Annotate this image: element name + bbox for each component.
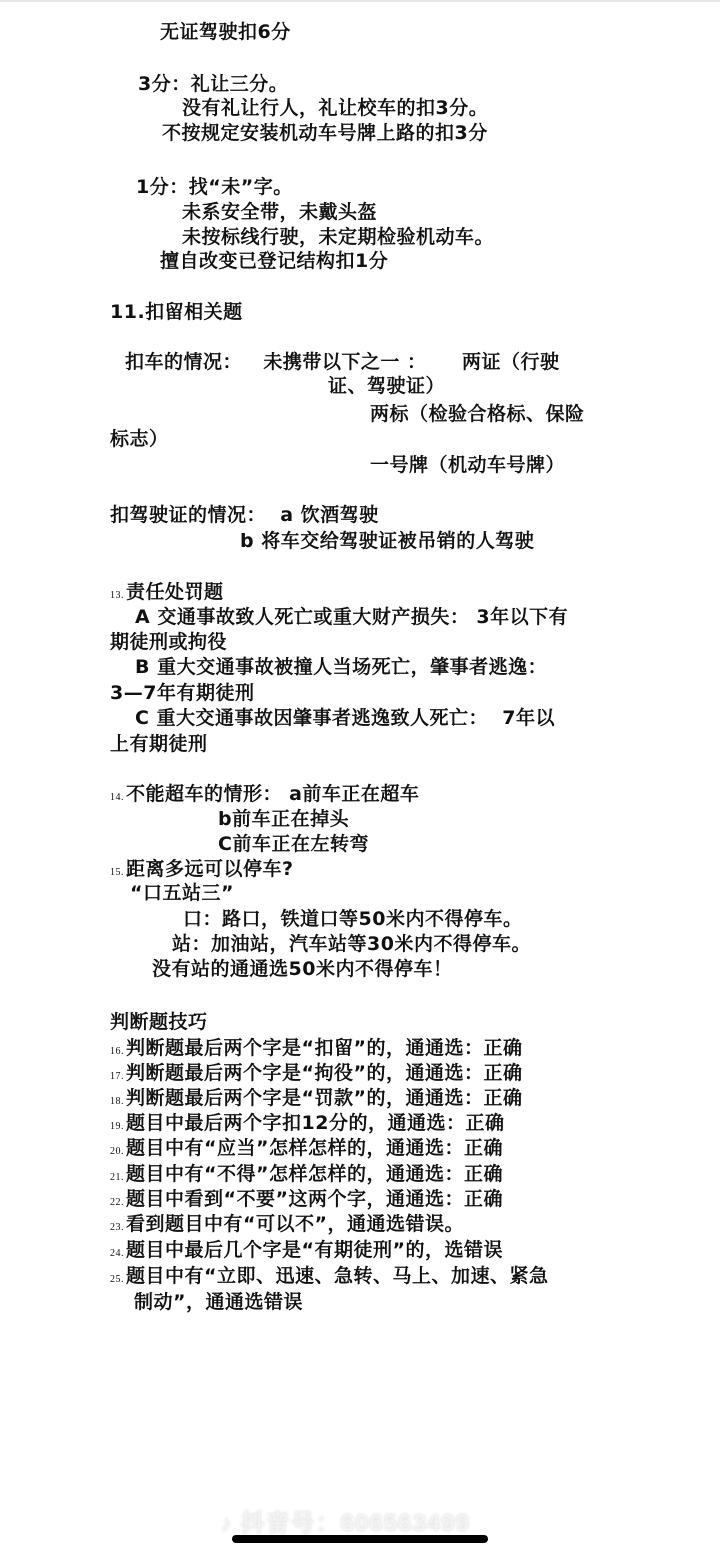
line-text: 没有站的通通选50米内不得停车！ [152, 958, 452, 980]
line-text: 两标（检验合格标、保险 [370, 403, 585, 425]
text-line: 未按标线行驶，未定期检验机动车。 [182, 225, 494, 249]
text-line: 期徒刑或拘役 [110, 630, 227, 654]
item-number: 13. [110, 590, 124, 601]
text-line: 22.题目中看到“不要”这两个字，通通选：正确 [110, 1187, 503, 1215]
text-line: 3—7年有期徒刑 [110, 681, 254, 705]
line-text: 上有期徒刑 [110, 733, 208, 755]
line-text: 距离多远可以停车? [126, 858, 294, 880]
line-text: 期徒刑或拘役 [110, 631, 227, 653]
line-text: 口：路口，铁道口等50米内不得停车。 [183, 908, 522, 930]
line-text: 判断题最后两个字是“拘役”的，通通选：正确 [126, 1062, 522, 1084]
tiktok-note-icon: ♪ [220, 1510, 233, 1537]
text-line: 站：加油站，汽车站等30米内不得停车。 [172, 932, 531, 956]
line-text: 标志） [110, 428, 169, 450]
watermark: ♪ 抖音号：606563499 [220, 1503, 470, 1538]
text-line: 16.判断题最后两个字是“扣留”的，通通选：正确 [110, 1036, 522, 1064]
line-text: 3—7年有期徒刑 [110, 682, 254, 704]
line-text: 题目中最后两个字扣12分的，通通选：正确 [126, 1112, 504, 1134]
item-number: 16. [110, 1046, 124, 1057]
text-line: 扣驾驶证的情况： a 饮酒驾驶 [110, 503, 379, 527]
text-line: 不按规定安装机动车号牌上路的扣3分 [162, 121, 488, 145]
text-line: 17.判断题最后两个字是“拘役”的，通通选：正确 [110, 1061, 522, 1089]
item-number: 14. [110, 792, 124, 803]
line-text: 没有礼让行人，礼让校车的扣3分。 [182, 97, 488, 119]
line-text: 擅自改变已登记结构扣1分 [160, 250, 388, 272]
text-line: b 将车交给驾驶证被吊销的人驾驶 [240, 529, 534, 553]
line-text: 1分：找“未”字。 [136, 176, 293, 198]
line-text: 题目中最后几个字是“有期徒刑”的，选错误 [126, 1239, 503, 1261]
text-line: 24.题目中最后几个字是“有期徒刑”的，选错误 [110, 1238, 503, 1266]
line-text: 判断题最后两个字是“扣留”的，通通选：正确 [126, 1037, 522, 1059]
line-text: 3分：礼让三分。 [138, 73, 288, 95]
line-text: 判断题技巧 [110, 1011, 208, 1033]
line-text: 证、驾驶证） [328, 375, 445, 397]
text-line: 制动”，通通选错误 [134, 1290, 303, 1314]
text-line: 3分：礼让三分。 [138, 72, 288, 96]
text-line: 没有礼让行人，礼让校车的扣3分。 [182, 96, 488, 120]
text-line: 上有期徒刑 [110, 732, 208, 756]
text-line: 标志） [110, 427, 169, 451]
item-number: 19. [110, 1121, 124, 1132]
item-number: 20. [110, 1146, 124, 1157]
text-line: b前车正在掉头 [218, 807, 349, 831]
text-line: 一号牌（机动车号牌） [370, 453, 565, 477]
text-line: 1分：找“未”字。 [136, 175, 293, 199]
line-text: b 将车交给驾驶证被吊销的人驾驶 [240, 530, 534, 552]
item-number: 25. [110, 1274, 124, 1285]
top-edge-divider [0, 0, 720, 2]
text-line: 23.看到题目中有“可以不”，通通选错误。 [110, 1212, 464, 1240]
line-text: C前车正在左转弯 [218, 833, 369, 855]
line-text: 题目中有“应当”怎样怎样的，通通选：正确 [126, 1137, 503, 1159]
text-line: 口：路口，铁道口等50米内不得停车。 [183, 907, 522, 931]
line-text: 未系安全带，未戴头盔 [182, 201, 377, 223]
text-line: 无证驾驶扣6分 [160, 20, 291, 44]
line-text: 题目中有“立即、迅速、急转、马上、加速、紧急 [126, 1265, 549, 1287]
line-text: 扣车的情况： 未携带以下之一 ： 两证（行驶 [125, 351, 560, 373]
watermark-text: 抖音号：606563499 [241, 1510, 470, 1537]
item-number: 18. [110, 1096, 124, 1107]
line-text: B 重大交通事故被撞人当场死亡，肇事者逃逸： [135, 656, 547, 678]
text-line: C前车正在左转弯 [218, 832, 369, 856]
item-number: 22. [110, 1197, 124, 1208]
line-text: 一号牌（机动车号牌） [370, 454, 565, 476]
line-text: 题目中有“不得”怎样怎样的，通通选：正确 [126, 1163, 503, 1185]
line-text: b前车正在掉头 [218, 808, 349, 830]
text-line: A 交通事故致人死亡或重大财产损失： 3年以下有 [135, 605, 568, 629]
item-number: 17. [110, 1071, 124, 1082]
item-number: 15. [110, 867, 124, 878]
home-indicator-bar[interactable] [232, 1535, 488, 1543]
line-text: 制动”，通通选错误 [134, 1291, 303, 1313]
line-text: 判断题最后两个字是“罚款”的，通通选：正确 [126, 1087, 522, 1109]
text-line: 21.题目中有“不得”怎样怎样的，通通选：正确 [110, 1162, 503, 1190]
item-number: 23. [110, 1222, 124, 1233]
item-number: 24. [110, 1248, 124, 1259]
text-line: 扣车的情况： 未携带以下之一 ： 两证（行驶 [125, 350, 560, 374]
line-text: “口五站三” [130, 882, 234, 904]
line-text: 责任处罚题 [126, 581, 224, 603]
line-text: 不能超车的情形： a前车正在超车 [126, 783, 419, 805]
text-line: B 重大交通事故被撞人当场死亡，肇事者逃逸： [135, 655, 547, 679]
line-text: 站：加油站，汽车站等30米内不得停车。 [172, 933, 531, 955]
text-line: 19.题目中最后两个字扣12分的，通通选：正确 [110, 1111, 504, 1139]
text-line: 证、驾驶证） [328, 374, 445, 398]
text-line: 两标（检验合格标、保险 [370, 402, 585, 426]
line-text: 不按规定安装机动车号牌上路的扣3分 [162, 122, 488, 144]
text-line: 13.责任处罚题 [110, 580, 224, 608]
text-line: 20.题目中有“应当”怎样怎样的，通通选：正确 [110, 1136, 503, 1164]
text-line: 擅自改变已登记结构扣1分 [160, 249, 388, 273]
text-line: 判断题技巧 [110, 1010, 208, 1034]
text-line: 未系安全带，未戴头盔 [182, 200, 377, 224]
text-line: 25.题目中有“立即、迅速、急转、马上、加速、紧急 [110, 1264, 549, 1292]
line-text: 无证驾驶扣6分 [160, 21, 291, 43]
text-line: 14.不能超车的情形： a前车正在超车 [110, 782, 419, 810]
line-text: 看到题目中有“可以不”，通通选错误。 [126, 1213, 464, 1235]
text-line: 11.扣留相关题 [110, 300, 243, 324]
text-line: C 重大交通事故因肇事者逃逸致人死亡： 7年以 [135, 706, 555, 730]
line-text: 扣驾驶证的情况： a 饮酒驾驶 [110, 504, 379, 526]
line-text: 题目中看到“不要”这两个字，通通选：正确 [126, 1188, 503, 1210]
line-text: 未按标线行驶，未定期检验机动车。 [182, 226, 494, 248]
line-text: A 交通事故致人死亡或重大财产损失： 3年以下有 [135, 606, 568, 628]
line-text: C 重大交通事故因肇事者逃逸致人死亡： 7年以 [135, 707, 555, 729]
text-line: 18.判断题最后两个字是“罚款”的，通通选：正确 [110, 1086, 522, 1114]
text-line: 没有站的通通选50米内不得停车！ [152, 957, 452, 981]
line-text: 11.扣留相关题 [110, 301, 243, 323]
item-number: 21. [110, 1172, 124, 1183]
text-line: “口五站三” [130, 881, 234, 905]
